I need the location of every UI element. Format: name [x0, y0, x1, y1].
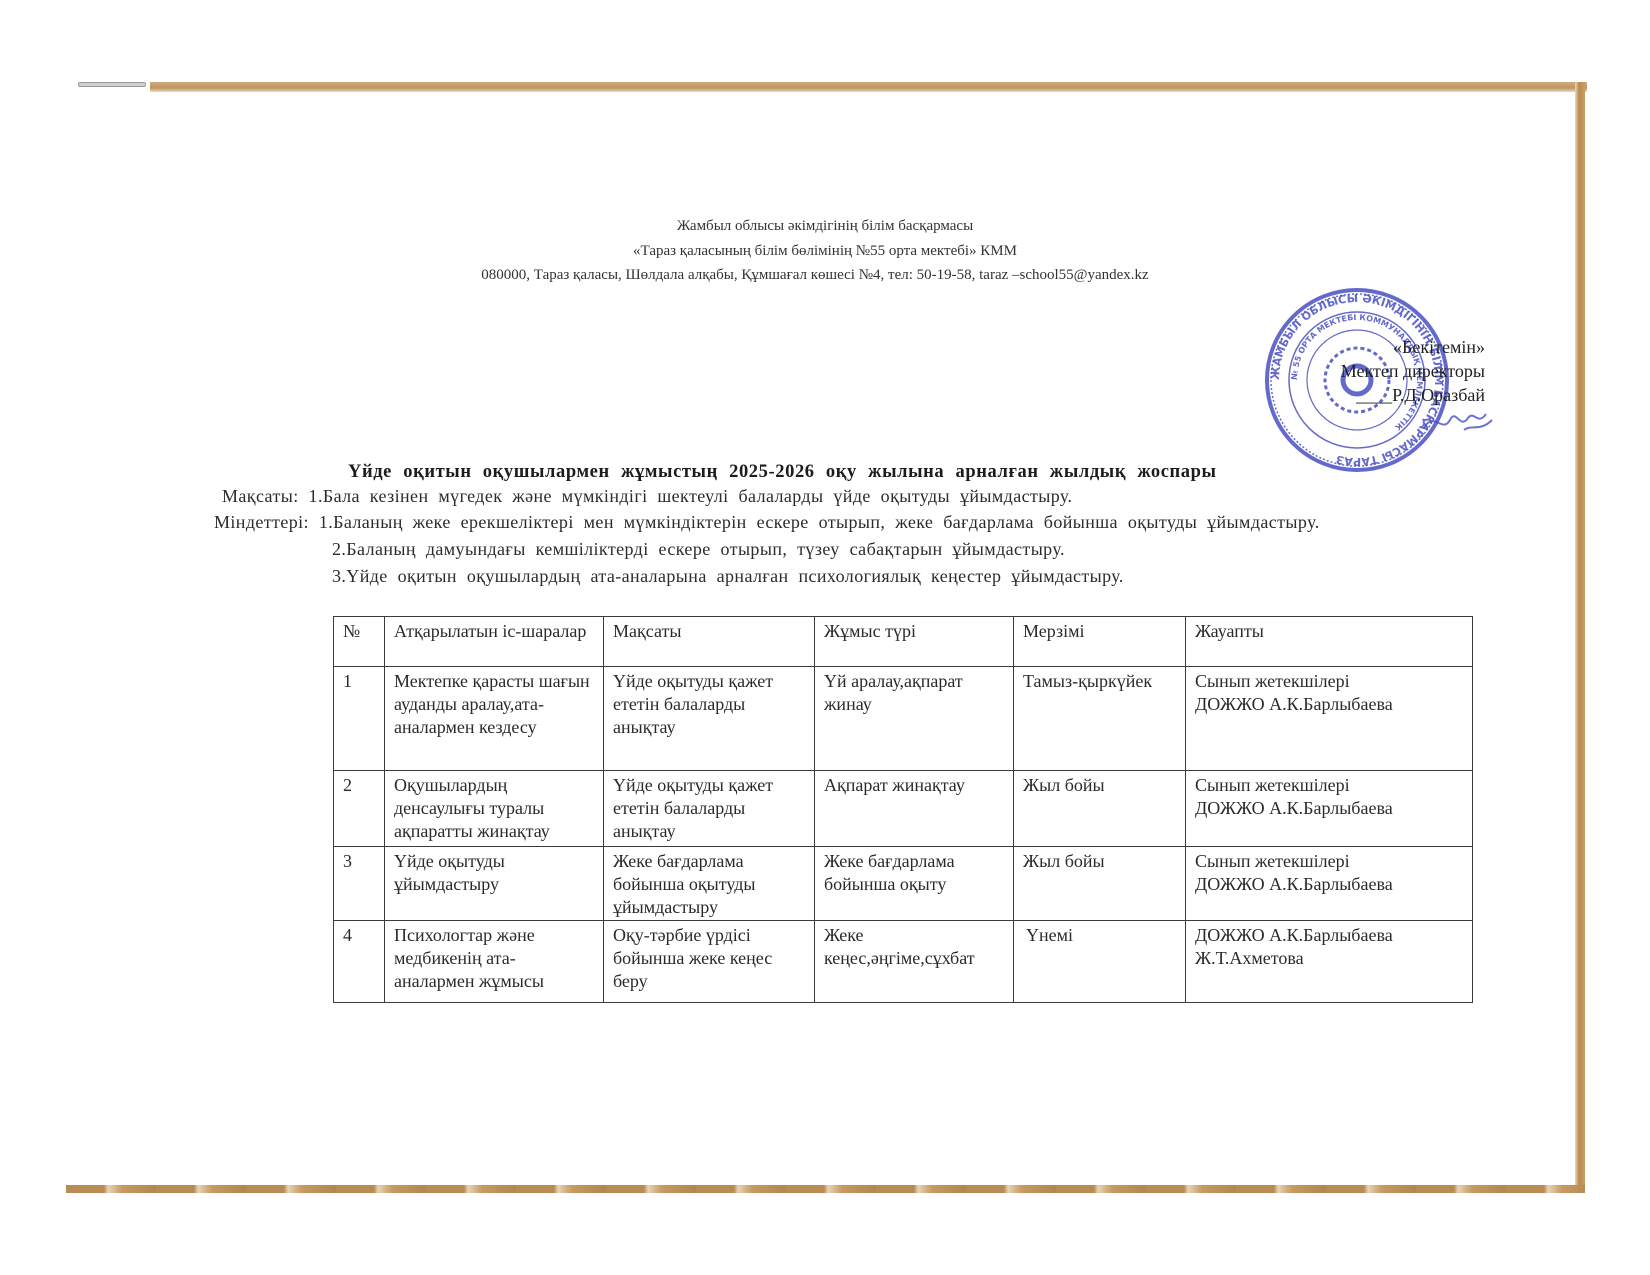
responsible-line-1: ДОЖЖО А.К.Барлыбаева: [1195, 924, 1464, 947]
cell-number: 2: [334, 771, 385, 847]
cell-activity: Үйде оқытуды ұйымдастыру: [385, 847, 604, 921]
cell-activity: Оқушылардың денсаулығы туралы ақпаратты …: [385, 771, 604, 847]
col-header-number: №: [334, 617, 385, 667]
responsible-line-2: Ж.Т.Ахметова: [1195, 947, 1464, 970]
document-title: Үйде оқитын оқушылармен жұмыстың 2025-20…: [348, 462, 1217, 483]
cell-goal: Үйде оқытуды қажет ететін балаларды анық…: [604, 771, 815, 847]
scan-artifact-mark: [78, 82, 146, 87]
responsible-line-2: ДОЖЖО А.К.Барлыбаева: [1195, 797, 1464, 820]
cell-term: Тамыз-қыркүйек: [1014, 667, 1186, 771]
header-school-line: «Тараз қаласының білім бөлімінің №55 орт…: [0, 243, 1650, 260]
task-item-1: 1.Баланың жеке ерекшеліктері мен мүмкінд…: [319, 512, 1320, 532]
cell-number: 3: [334, 847, 385, 921]
col-header-responsible: Жауапты: [1186, 617, 1473, 667]
col-header-term: Мерзімі: [1014, 617, 1186, 667]
cell-goal: Оқу-тәрбие үрдісі бойынша жеке кеңес бер…: [604, 921, 815, 1003]
header-org-line: Жамбыл облысы әкімдігінің білім басқарма…: [0, 218, 1650, 235]
page-edge-top: [150, 82, 1587, 92]
task-item-2: 2.Баланың дамуындағы кемшіліктерді ескер…: [332, 539, 1065, 560]
goal-label: Мақсаты:: [222, 486, 299, 506]
cell-work-type: Ақпарат жинақтау: [815, 771, 1014, 847]
tasks-line-1: Міндеттері: 1.Баланың жеке ерекшеліктері…: [214, 512, 1320, 533]
cell-goal: Үйде оқытуды қажет ететін балаларды анық…: [604, 667, 815, 771]
cell-term: Жыл бойы: [1014, 771, 1186, 847]
cell-number: 4: [334, 921, 385, 1003]
col-header-work-type: Жұмыс түрі: [815, 617, 1014, 667]
page-edge-bottom: [66, 1185, 1585, 1193]
table-header-row: № Атқарылатын іс-шаралар Мақсаты Жұмыс т…: [334, 617, 1473, 667]
cell-responsible: ДОЖЖО А.К.Барлыбаева Ж.Т.Ахметова: [1186, 921, 1473, 1003]
cell-term: Үнемі: [1014, 921, 1186, 1003]
cell-work-type: Үй аралау,ақпарат жинау: [815, 667, 1014, 771]
cell-responsible: Сынып жетекшілері ДОЖЖО А.К.Барлыбаева: [1186, 667, 1473, 771]
cell-number: 1: [334, 667, 385, 771]
cell-work-type: Жеке кеңес,әңгіме,сұхбат: [815, 921, 1014, 1003]
table-row: 4 Психологтар және медбикенің ата-аналар…: [334, 921, 1473, 1003]
cell-term: Жыл бойы: [1014, 847, 1186, 921]
table-row: 2 Оқушылардың денсаулығы туралы ақпаратт…: [334, 771, 1473, 847]
cell-responsible: Сынып жетекшілері ДОЖЖО А.К.Барлыбаева: [1186, 771, 1473, 847]
signature-icon: [1420, 400, 1500, 440]
table-row: 1 Мектепке қарасты шағын ауданды аралау,…: [334, 667, 1473, 771]
table-row: 3 Үйде оқытуды ұйымдастыру Жеке бағдарла…: [334, 847, 1473, 921]
cell-goal: Жеке бағдарлама бойынша оқытуды ұйымдаст…: [604, 847, 815, 921]
task-item-3: 3.Үйде оқитын оқушылардың ата-аналарына …: [332, 566, 1124, 587]
col-header-activity: Атқарылатын іс-шаралар: [385, 617, 604, 667]
cell-work-type: Жеке бағдарлама бойынша оқыту: [815, 847, 1014, 921]
approval-label: «Бекітемін»: [1285, 335, 1485, 359]
plan-table: № Атқарылатын іс-шаралар Мақсаты Жұмыс т…: [333, 616, 1473, 1003]
responsible-line-2: ДОЖЖО А.К.Барлыбаева: [1195, 693, 1464, 716]
cell-activity: Психологтар және медбикенің ата-аналарме…: [385, 921, 604, 1003]
responsible-line-1: Сынып жетекшілері: [1195, 850, 1464, 873]
header-address-line: 080000, Тараз қаласы, Шөлдала алқабы, Құ…: [0, 267, 1640, 284]
responsible-line-1: Сынып жетекшілері: [1195, 774, 1464, 797]
responsible-line-1: Сынып жетекшілері: [1195, 670, 1464, 693]
goal-line: Мақсаты: 1.Бала кезінен мүгедек және мүм…: [222, 486, 1072, 507]
approval-position: Мектеп директоры: [1285, 359, 1485, 383]
approval-block: «Бекітемін» Мектеп директоры ____Р.Д.Ора…: [1285, 335, 1485, 407]
responsible-line-2: ДОЖЖО А.К.Барлыбаева: [1195, 873, 1464, 896]
col-header-goal: Мақсаты: [604, 617, 815, 667]
goal-text: 1.Бала кезінен мүгедек және мүмкіндігі ш…: [309, 486, 1073, 506]
cell-responsible: Сынып жетекшілері ДОЖЖО А.К.Барлыбаева: [1186, 847, 1473, 921]
tasks-label: Міндеттері:: [214, 512, 309, 532]
cell-activity: Мектепке қарасты шағын ауданды аралау,ат…: [385, 667, 604, 771]
